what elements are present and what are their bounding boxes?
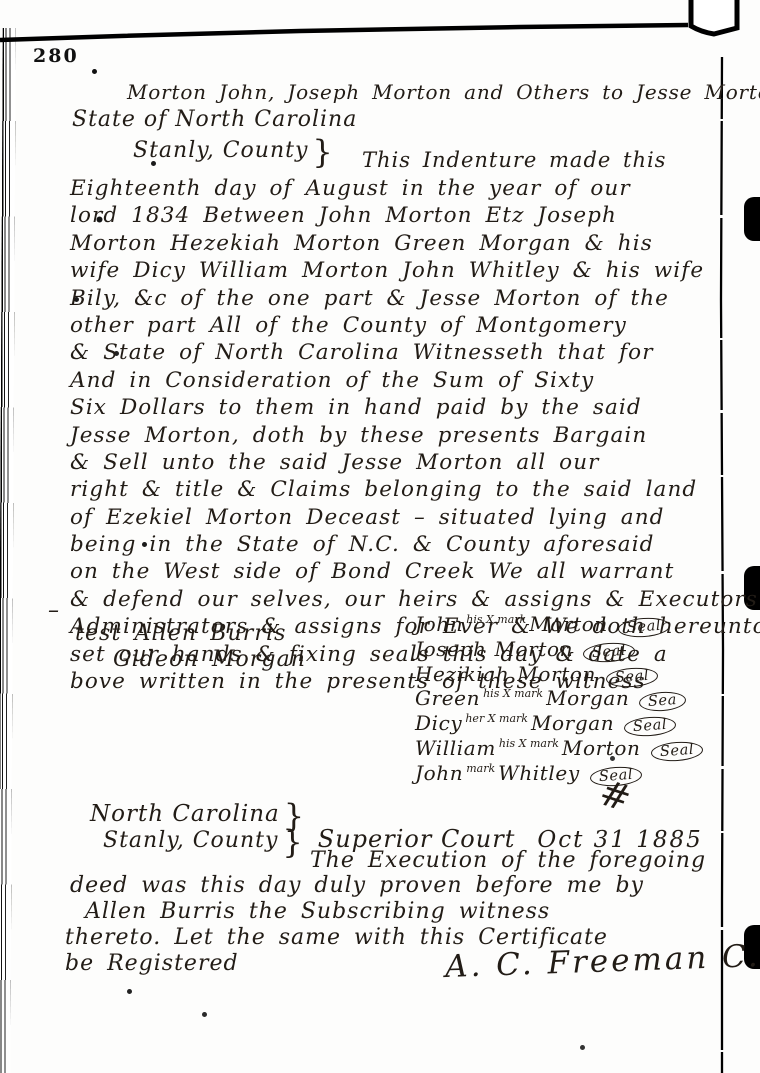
signature-row: Dicyher X markMorganSeal [415, 711, 703, 736]
signer-first-name: Joseph [415, 637, 486, 661]
scan-speckles [0, 0, 3, 3]
signer-last-name: Morton [562, 736, 641, 760]
signer-first-name: William [415, 736, 496, 760]
witness-line: test Allen Burris [75, 621, 306, 647]
deed-body-line: Jesse Morton, doth by these presents Bar… [70, 423, 760, 450]
signer-last-name: Morgan [531, 711, 614, 735]
signer-last-name: Morton [529, 612, 608, 636]
deed-body-line: Bily, &c of the one part & Jesse Morton … [70, 286, 760, 313]
county-heading: Stanly, County} [133, 133, 334, 171]
margin-dash: – [48, 598, 59, 623]
seal-oval: Seal [582, 641, 635, 664]
cert-line: The Execution of the foregoing [310, 848, 706, 873]
brace-glyph: } [282, 823, 303, 861]
signer-last-name: Morgan [546, 686, 629, 710]
signature-row: JohnmarkWhitleySeal [415, 761, 703, 786]
deed-body-line: on the West side of Bond Creek We all wa… [70, 559, 760, 586]
signature-block: Johnhis X markMortonSealJosephMortonSeal… [415, 612, 703, 786]
seal-oval: Sea [639, 691, 687, 713]
deed-body-line: & defend our selves, our heirs & assigns… [70, 587, 760, 614]
signer-first-name: Dicy [415, 711, 462, 735]
deed-body-line: right & title & Claims belonging to the … [70, 477, 760, 504]
state-heading: State of North Carolina [72, 107, 357, 132]
seal-oval: Seal [624, 715, 677, 738]
signer-first-name: John [415, 612, 463, 636]
scanned-deed-page: 280 Morton John, Joseph Morton and Other… [0, 0, 760, 1073]
signer-first-name: Green [415, 686, 480, 710]
binding-edge-artifact [0, 28, 16, 1073]
corner-tab-artifact [691, 0, 737, 34]
signer-last-name: Whitley [498, 761, 580, 785]
seal-oval: Seal [617, 616, 670, 639]
indenture-opening: This Indenture made this [362, 148, 666, 172]
brace-glyph: } [312, 133, 333, 171]
cert-county-text: Stanly, County [103, 828, 278, 853]
deed-body-line: other part All of the County of Montgome… [70, 313, 760, 340]
deed-body-line: of Ezekiel Morton Deceast – situated lyi… [70, 505, 760, 532]
cert-line: deed was this day duly proven before me … [70, 873, 644, 898]
signature-row: HezikiahMortonSeal [415, 662, 703, 687]
signature-mark-note: his X mark [499, 737, 559, 750]
signer-last-name: Morton [494, 637, 573, 661]
signature-mark-note: her X mark [465, 712, 528, 725]
deed-body-line: lord 1834 Between John Morton Etz Joseph [70, 203, 760, 230]
cert-line: be Registered [65, 951, 239, 976]
deed-body-line: & State of North Carolina Witnesseth tha… [70, 340, 760, 367]
signature-row: Johnhis X markMortonSeal [415, 612, 703, 637]
state-heading-text: State of North Carolina [72, 107, 357, 132]
signature-row: Williamhis X markMortonSeal [415, 736, 703, 761]
seal-oval: Seal [650, 740, 703, 763]
deed-body-line: Morton Hezekiah Morton Green Morgan & hi… [70, 231, 760, 258]
deed-body-line: And in Consideration of the Sum of Sixty [70, 368, 760, 395]
signature-mark-note: mark [466, 762, 495, 775]
signature-row: JosephMortonSeal [415, 637, 703, 662]
seal-oval: Seal [605, 666, 658, 689]
deed-body-line: Six Dollars to them in hand paid by the … [70, 395, 760, 422]
county-heading-text: Stanly, County [133, 138, 308, 163]
signature-mark-note: his X mark [466, 613, 526, 626]
deed-body-line: & Sell unto the said Jesse Morton all ou… [70, 450, 760, 477]
top-edge-line [0, 25, 688, 40]
witness-block: test Allen BurrisGideon Morgan [75, 621, 306, 673]
deed-body-line: wife Dicy William Morton John Whitley & … [70, 258, 760, 285]
deed-body-line: Eighteenth day of August in the year of … [70, 176, 760, 203]
deed-body-line: being in the State of N.C. & County afor… [70, 532, 760, 559]
index-heading: Morton John, Joseph Morton and Others to… [127, 80, 760, 104]
cert-line: Allen Burris the Subscribing witness [85, 899, 550, 924]
signature-mark-note: his X mark [483, 687, 543, 700]
signature-row: Greenhis X markMorganSea [415, 686, 703, 711]
signer-last-name: Morton [517, 662, 596, 686]
witness-line: Gideon Morgan [113, 647, 306, 673]
page-number: 280 [33, 45, 79, 67]
signer-first-name: John [415, 761, 463, 785]
signer-first-name: Hezikiah [415, 662, 509, 686]
